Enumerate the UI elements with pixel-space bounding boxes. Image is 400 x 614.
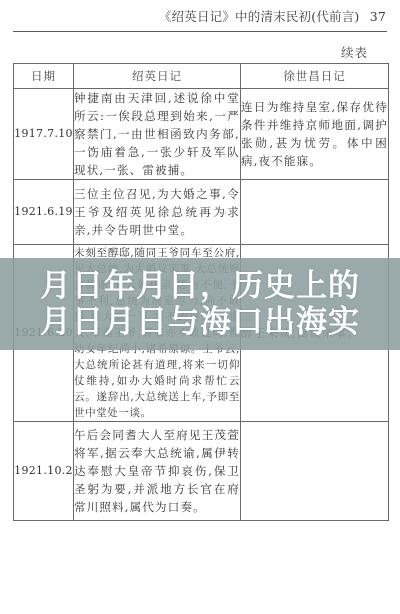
column-header-xushichang-diary: 徐世昌日记: [241, 64, 389, 89]
running-head-title: 《绍英日记》中的清末民初(代前言): [159, 9, 360, 24]
xushichang-entry: 连日为维持皇室,保存优待条件并维持京师地面,调护张勋,甚为忧劳。体中困病,夜不能…: [241, 89, 389, 180]
column-header-date: 日期: [14, 64, 74, 89]
table-row: 1917.7.10 钟捷南由天津回,述说徐中堂所云:一俟段总理到始来,一严察禁门…: [14, 89, 389, 180]
header-rule: [13, 31, 387, 32]
running-head: 《绍英日记》中的清末民初(代前言) 37: [0, 7, 386, 25]
table-row: 1921.6.19 三位主位召见,为大婚之事,令王爷及绍英见徐总统再为求亲,并令…: [14, 180, 389, 245]
overlay-headline-line-2: 月日月日与海口出海实: [0, 304, 400, 340]
shaoying-entry: 钟捷南由天津回,述说徐中堂所云:一俟段总理到始来,一严察禁门,一由世相函致内务部…: [74, 89, 241, 180]
xushichang-entry: [241, 422, 389, 521]
date-cell: 1921.6.19: [14, 180, 74, 245]
continued-table-label: 续表: [341, 43, 368, 61]
shaoying-entry: 午后会同耆大人至府见王茂萱将军,据云奉大总统谕,属伊转达奉慰大皇帝节抑哀伤,保卫…: [74, 422, 241, 521]
xushichang-entry: [241, 180, 389, 245]
page-number: 37: [370, 9, 386, 24]
date-cell: 1917.7.10: [14, 89, 74, 180]
overlay-headline: 月日年月日，历史上的 月日月日与海口出海实: [0, 268, 400, 340]
table-header-row: 日期 绍英日记 徐世昌日记: [14, 64, 389, 89]
column-header-shaoying-diary: 绍英日记: [74, 64, 241, 89]
shaoying-entry: 三位主位召见,为大婚之事,令王爷及绍英见徐总统再为求亲,并令告明世中堂。: [74, 180, 241, 245]
table-row: 1921.10.2 午后会同耆大人至府见王茂萱将军,据云奉大总统谕,属伊转达奉慰…: [14, 422, 389, 521]
date-cell: 1921.10.2: [14, 422, 74, 521]
overlay-headline-line-1: 月日年月日，历史上的: [0, 268, 400, 304]
